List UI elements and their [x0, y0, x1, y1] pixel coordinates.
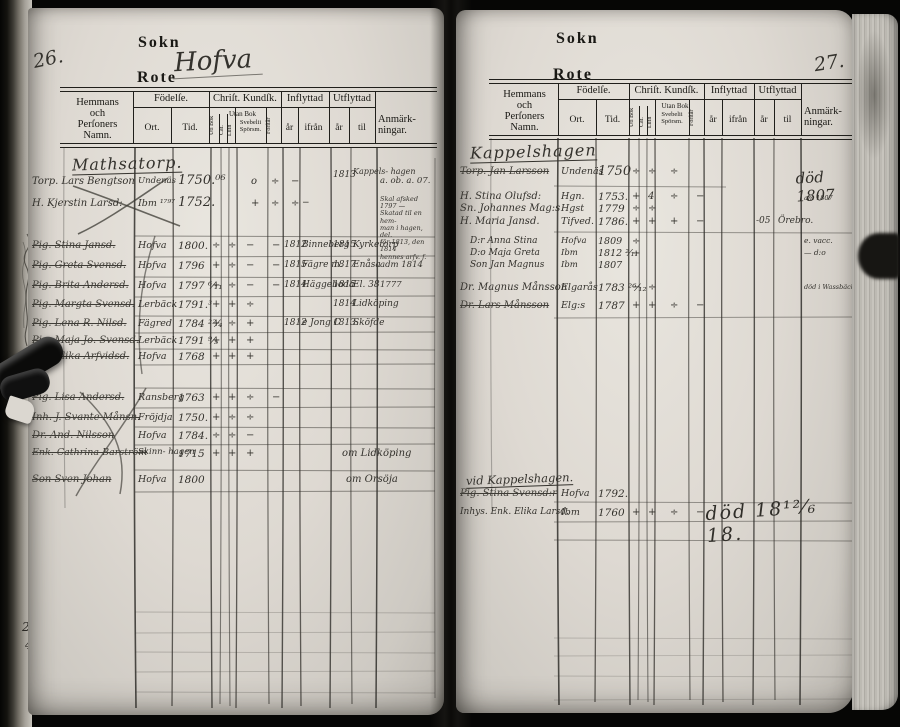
finger-shadow: [858, 233, 900, 279]
person-name: Dr. Magnus Månsson: [460, 282, 567, 293]
mark: +: [228, 448, 236, 459]
mark: +: [246, 351, 254, 362]
birth-place: Hofva: [138, 240, 167, 251]
record-row: Inh. J. Svante Månsn. Fröjdja 1750. + ÷ …: [28, 412, 444, 427]
mark: −: [272, 280, 280, 291]
person-name: Torp. Jan Larsson: [460, 166, 549, 177]
birth-date: 1786.: [598, 216, 628, 228]
mark: +: [246, 448, 254, 459]
person-name: Pig. Lisa Andersd.: [32, 392, 124, 403]
record-row: Torp. Lars Bengtson Undenäs 1750.⁰⁶ o ÷ …: [28, 176, 444, 191]
mark: +: [212, 351, 220, 362]
moved-out-to: om Lidköping: [342, 448, 411, 459]
record-row: Torp. Jan Larsson Undenäs 1750 ÷ ÷ ÷: [456, 166, 854, 181]
birth-place: Elg:s: [561, 300, 585, 311]
person-name: Pig. Stina Jansd.: [32, 240, 115, 251]
birth-date: 1809: [598, 236, 622, 247]
birth-place: Lerbäck: [138, 299, 177, 310]
birth-place: Lerbäck: [138, 335, 177, 346]
birth-place: Hofva: [138, 474, 167, 485]
mark: +: [246, 318, 254, 329]
person-name: Pig. Margta Svensd.: [32, 299, 135, 310]
person-name: Inh. J. Svante Månsn.: [32, 412, 140, 423]
birth-place: Hofva: [138, 280, 167, 291]
moved-out-to: Örebro.: [778, 216, 813, 226]
mark: +: [212, 335, 220, 346]
remark: a. ob. a. 07.: [380, 176, 430, 186]
mark: o: [251, 176, 257, 187]
person-name: Son Jan Magnus: [470, 260, 544, 270]
mark: +: [648, 507, 656, 518]
person-name: Pig. Stina Svensd:r: [460, 488, 557, 499]
mark: +: [212, 412, 220, 423]
mark: ÷: [291, 198, 299, 209]
birth-place: Hgn.: [561, 191, 585, 202]
record-row: Pig. Greta Svensd. Hofva 1796 + ÷ − − 18…: [28, 260, 444, 275]
mark: ÷: [228, 240, 236, 251]
mark: +: [632, 191, 640, 202]
record-row: Pig. Maja Jo. Svensd. Lerbäck 1791 ⁹⁄₅ +…: [28, 335, 444, 350]
mark: +: [632, 507, 640, 518]
remark: adm 1814: [380, 260, 423, 270]
mark: ÷: [271, 176, 279, 187]
person-name: Dr. Lars Månsson: [460, 300, 549, 311]
mark: ÷: [271, 198, 279, 209]
mark: ÷: [228, 260, 236, 271]
mark: ÷: [246, 299, 254, 310]
birth-date: 1768: [178, 351, 205, 363]
record-row: Son Jan Magnus Ibm 1807: [456, 260, 854, 275]
birth-date: 1750.: [178, 412, 208, 424]
person-name: Torp. Lars Bengtson: [32, 176, 135, 187]
birth-date: 1791.³: [178, 299, 212, 311]
right-page: Sokn Rote 27. Hemmansoch PerſonersNamn. …: [456, 10, 854, 713]
record-row: H. Maria Jansd. Tifved. 1786. + + + − -0…: [456, 216, 854, 231]
mark: ÷: [648, 282, 656, 293]
record-row: Pig. Stina Jansd. Hofva 1800. ÷ ÷ − − 18…: [28, 240, 444, 255]
moved-out-to: Lidköping: [353, 299, 399, 309]
record-row: Pig. Lena R. Nilsd. Fägred 1784 ²²⁄₄ + ÷…: [28, 318, 444, 333]
mark: +: [632, 216, 640, 227]
birth-place: Ibm: [561, 248, 578, 258]
birth-place: Undenäs: [138, 176, 176, 186]
moved-out-year: -05: [756, 216, 771, 226]
mark: +: [212, 299, 220, 310]
mark: −: [272, 260, 280, 271]
mark: +: [228, 299, 236, 310]
record-row: Pig. Elika Arfvidsd. Hofva 1768 + + +: [28, 351, 444, 366]
mark: −: [272, 392, 280, 403]
birth-place: Tifved.: [561, 216, 594, 227]
person-name: D:r Anna Stina: [470, 236, 538, 246]
mark: −: [632, 282, 640, 293]
record-row: Enk. Cathrina Barström Skinn- hagen 1715…: [28, 448, 444, 463]
person-name: Pig. Brita Andersd.: [32, 280, 129, 291]
mark: ÷: [632, 248, 640, 259]
section-title: Mathsatorp.: [72, 153, 183, 176]
mark: +: [251, 198, 259, 209]
mark: ÷: [670, 191, 678, 202]
birth-place: Hgst: [561, 203, 584, 214]
mark: +: [228, 392, 236, 403]
record-row: Dr. Lars Månsson Elg:s 1787 + + ÷ −: [456, 300, 854, 315]
person-name: Pig. Lena R. Nilsd.: [32, 318, 127, 329]
birth-place: Hofva: [561, 488, 590, 499]
edge-smudge: [856, 30, 892, 160]
mark: +: [212, 260, 220, 271]
mark: −: [696, 507, 704, 518]
person-name: Dr. And. Nilsson: [32, 430, 114, 441]
remark: 1777: [380, 280, 402, 290]
record-row: Dr. And. Nilsson Hofva 1784. ÷ ÷ −: [28, 430, 444, 445]
birth-date: 1763: [178, 392, 205, 404]
person-name: Son Sven Johan: [32, 474, 111, 485]
left-page: 26. Sokn Rote Hofva Hemmansoch Perſoners…: [28, 8, 444, 715]
person-name: Enk. Cathrina Barström: [32, 448, 147, 458]
mark: ÷: [648, 203, 656, 214]
remark: — d:o: [804, 248, 826, 257]
mark: ÷: [228, 430, 236, 441]
moved-out-to: om Orsöja: [346, 474, 398, 485]
record-row: Pig. Lisa Andersd. Ransberg 1763 + + ÷ −: [28, 392, 444, 407]
record-row: Pig. Margta Svensd. Lerbäck 1791.³ + + ÷…: [28, 299, 444, 314]
mark: ÷: [212, 430, 220, 441]
mark: −: [272, 240, 280, 251]
mark: ÷: [670, 300, 678, 311]
birth-place: Hofva: [138, 351, 167, 362]
mark: ÷: [632, 203, 640, 214]
moved-out-to: Sköfde: [353, 318, 384, 328]
book-photo: 2 4 26. Sokn Rote Hofva Hemmansoch Perſo…: [0, 0, 900, 727]
mark: −: [696, 300, 704, 311]
birth-place: Hofva: [138, 260, 167, 271]
mark: +: [212, 448, 220, 459]
mark: ÷: [632, 236, 640, 247]
mark: ÷: [670, 166, 678, 177]
person-name: Pig. Greta Svensd.: [32, 260, 126, 271]
birth-date: 1752.: [178, 195, 215, 210]
birth-place: Ibm: [561, 260, 578, 270]
record-row: Dr. Magnus Månsson Elgarås 1783 ²⁶⁄₁₂ − …: [456, 282, 854, 297]
mark: −: [291, 176, 299, 187]
person-name: H. Stina Olufsd:: [460, 191, 541, 202]
moved-out-to: Kyrketorp: [353, 240, 398, 250]
remark: e. vacc.: [804, 236, 833, 245]
mark: +: [228, 351, 236, 362]
moved-in-from: −: [302, 198, 310, 208]
birth-date: 1753.: [598, 191, 628, 203]
birth-date: 1792.: [598, 488, 628, 500]
mark: ÷: [246, 412, 254, 423]
birth-date: 1784.: [178, 430, 208, 442]
birth-place: Hofva: [138, 430, 167, 441]
mark: ÷: [212, 240, 220, 251]
moved-out-to: Enåsa: [353, 260, 381, 270]
record-row: Pig. Brita Andersd. Hofva 1797 ⁶⁄₁₁ + ÷ …: [28, 280, 444, 295]
mark: −: [696, 216, 704, 227]
mark: +: [648, 300, 656, 311]
birth-place: Ibm: [561, 507, 580, 518]
person-name: H. Maria Jansd.: [460, 216, 540, 227]
birth-place: Elgarås: [561, 282, 598, 293]
birth-date: 1760: [598, 507, 625, 519]
section-title: Kappelshagen: [470, 140, 597, 163]
mark: ÷: [632, 166, 640, 177]
mark: −: [246, 430, 254, 441]
mark: 4: [648, 191, 654, 202]
mark: +: [670, 216, 678, 227]
birth-date: 1779: [598, 203, 625, 215]
mark: +: [632, 300, 640, 311]
mark: ÷: [228, 280, 236, 291]
mark: ÷: [228, 318, 236, 329]
mark: ÷: [670, 507, 678, 518]
remark: död i Wassbäcks q. Ao 1808. saml.: [804, 284, 856, 291]
mark: ÷: [228, 412, 236, 423]
birth-place: Hofva: [561, 236, 587, 246]
mark: +: [212, 318, 220, 329]
table-grid: [456, 10, 854, 713]
person-name: H. Kjerstin Larsd:: [32, 198, 123, 209]
mark: ÷: [648, 166, 656, 177]
mark: +: [246, 335, 254, 346]
person-name: Sn. Johannes Mag:s: [460, 203, 560, 214]
birth-date: 1800: [178, 474, 205, 486]
remark: am 1807: [804, 195, 833, 202]
mark: ÷: [246, 392, 254, 403]
birth-date: 1750.⁰⁶: [178, 173, 226, 188]
birth-place: Fägred: [138, 318, 172, 329]
mark: +: [648, 216, 656, 227]
mark: −: [246, 240, 254, 251]
record-row: Son Sven Johan Hofva 1800 om Orsöja: [28, 474, 444, 489]
person-name: Inhys. Enk. Elika Larsd.: [460, 507, 569, 517]
birth-date: 1715: [178, 448, 205, 460]
mark: +: [212, 280, 220, 291]
mark: −: [246, 280, 254, 291]
birth-place: Fröjdja: [138, 412, 173, 423]
mark: −: [246, 260, 254, 271]
record-row: H. Kjerstin Larsd: Ibm ¹⁷⁹⁷ 1752. + ÷ ÷ …: [28, 198, 444, 213]
birth-date: 1787: [598, 300, 625, 312]
moved-out-to: El. 38: [353, 280, 380, 290]
birth-place: Ibm ¹⁷⁹⁷: [138, 198, 175, 209]
mark: +: [212, 392, 220, 403]
birth-date: 1796: [178, 260, 205, 272]
mark: +: [228, 335, 236, 346]
birth-date: 1800.: [178, 240, 208, 252]
birth-date: 1807: [598, 260, 622, 271]
birth-date: 1750: [598, 164, 631, 179]
person-name: D:o Maja Greta: [470, 248, 540, 258]
mark: −: [696, 191, 704, 202]
